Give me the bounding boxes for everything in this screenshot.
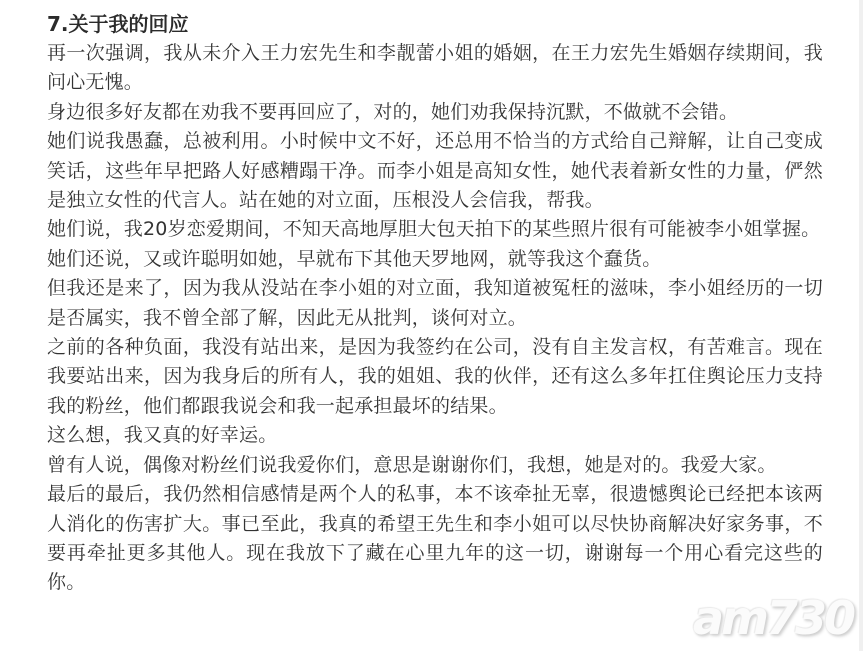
statement-paragraph: 这么想，我又真的好幸运。 (47, 421, 823, 450)
statement-paragraph: 但我还是来了，因为我从没站在李小姐的对立面，我知道被冤枉的滋味，李小姐经历的一切… (47, 274, 823, 333)
statement-paragraph: 她们说我愚蠢，总被利用。小时候中文不好，还总用不恰当的方式给自己辩解，让自己变成… (47, 127, 823, 215)
statement-page: 7.关于我的回应 再一次强调，我从未介入王力宏先生和李靓蕾小姐的婚姻，在王力宏先… (0, 0, 863, 651)
statement-paragraph: 她们说，我20岁恋爱期间，不知天高地厚胆大包天拍下的某些照片很有可能被李小姐掌握… (47, 215, 823, 244)
statement-paragraph: 最后的最后，我仍然相信感情是两个人的私事，本不该牵扯无辜，很遗憾舆论已经把本该两… (47, 480, 823, 598)
am730-watermark-logo: am730 (693, 591, 853, 645)
statement-paragraph: 再一次强调，我从未介入王力宏先生和李靓蕾小姐的婚姻，在王力宏先生婚姻存续期间，我… (47, 39, 823, 98)
statement-heading: 7.关于我的回应 (47, 10, 823, 39)
statement-paragraph: 身边很多好友都在劝我不要再回应了，对的，她们劝我保持沉默，不做就不会错。 (47, 98, 823, 127)
statement-paragraph: 之前的各种负面，我没有站出来，是因为我签约在公司，没有自主发言权，有苦难言。现在… (47, 333, 823, 421)
statement-body: 7.关于我的回应 再一次强调，我从未介入王力宏先生和李靓蕾小姐的婚姻，在王力宏先… (47, 10, 823, 598)
statement-paragraph: 曾有人说，偶像对粉丝们说我爱你们，意思是谢谢你们，我想，她是对的。我爱大家。 (47, 451, 823, 480)
statement-paragraph: 她们还说，又或许聪明如她，早就布下其他天罗地网，就等我这个蠢货。 (47, 245, 823, 274)
